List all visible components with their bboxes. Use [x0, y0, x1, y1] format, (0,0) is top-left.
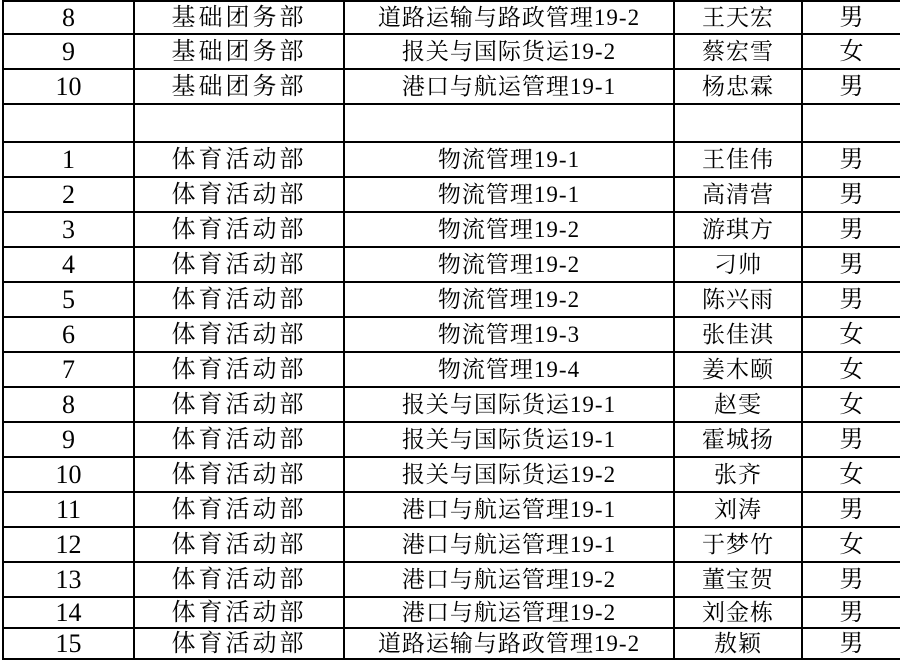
cell-class: 港口与航运管理19-1 [344, 69, 674, 104]
cell-department: 体育活动部 [134, 387, 344, 422]
cell-class: 报关与国际货运19-2 [344, 34, 674, 69]
cell-number: 2 [3, 177, 134, 212]
cell-number: 14 [3, 597, 134, 628]
cell-name: 陈兴雨 [674, 282, 802, 317]
cell-gender: 男 [802, 69, 900, 104]
cell-department: 体育活动部 [134, 247, 344, 282]
cell-name: 刘金栋 [674, 597, 802, 628]
cell-class: 物流管理19-3 [344, 317, 674, 352]
cell-gender: 女 [802, 457, 900, 492]
table-row: 4 体育活动部 物流管理19-2 刁帅 男 [3, 247, 900, 282]
table-row: 9 基础团务部 报关与国际货运19-2 蔡宏雪 女 [3, 34, 900, 69]
cell-class: 物流管理19-1 [344, 142, 674, 177]
cell-gender: 女 [802, 527, 900, 562]
cell-gender: 男 [802, 282, 900, 317]
table-row [3, 104, 900, 142]
cell-name: 于梦竹 [674, 527, 802, 562]
table-row: 6 体育活动部 物流管理19-3 张佳淇 女 [3, 317, 900, 352]
cell-number: 7 [3, 352, 134, 387]
cell-class: 物流管理19-4 [344, 352, 674, 387]
cell-class: 道路运输与路政管理19-2 [344, 628, 674, 659]
cell-gender: 男 [802, 492, 900, 527]
table-row: 8 体育活动部 报关与国际货运19-1 赵雯 女 [3, 387, 900, 422]
cell-department: 体育活动部 [134, 282, 344, 317]
cell-number: 13 [3, 562, 134, 597]
cell-department: 体育活动部 [134, 212, 344, 247]
cell-name: 蔡宏雪 [674, 34, 802, 69]
table-row: 2 体育活动部 物流管理19-1 高清营 男 [3, 177, 900, 212]
table-row: 5 体育活动部 物流管理19-2 陈兴雨 男 [3, 282, 900, 317]
cell-name [674, 104, 802, 142]
cell-name: 刁帅 [674, 247, 802, 282]
table-row: 8 基础团务部 道路运输与路政管理19-2 王天宏 男 [3, 1, 900, 34]
table-row: 12 体育活动部 港口与航运管理19-1 于梦竹 女 [3, 527, 900, 562]
cell-gender: 女 [802, 34, 900, 69]
cell-gender: 男 [802, 422, 900, 457]
cell-gender: 女 [802, 387, 900, 422]
cell-gender: 男 [802, 562, 900, 597]
cell-department: 体育活动部 [134, 177, 344, 212]
cell-number: 1 [3, 142, 134, 177]
cell-number: 9 [3, 34, 134, 69]
cell-name: 霍城扬 [674, 422, 802, 457]
cell-class: 报关与国际货运19-2 [344, 457, 674, 492]
cell-gender: 男 [802, 1, 900, 34]
table-row: 14 体育活动部 港口与航运管理19-2 刘金栋 男 [3, 597, 900, 628]
cell-gender: 男 [802, 247, 900, 282]
cell-number: 15 [3, 628, 134, 659]
cell-name: 游琪方 [674, 212, 802, 247]
cell-name: 敖颖 [674, 628, 802, 659]
cell-number: 3 [3, 212, 134, 247]
cell-class: 道路运输与路政管理19-2 [344, 1, 674, 34]
cell-number: 8 [3, 387, 134, 422]
cell-department: 体育活动部 [134, 422, 344, 457]
cell-name: 张齐 [674, 457, 802, 492]
table-row: 10 基础团务部 港口与航运管理19-1 杨忠霖 男 [3, 69, 900, 104]
table-row: 13 体育活动部 港口与航运管理19-2 董宝贺 男 [3, 562, 900, 597]
cell-number: 10 [3, 69, 134, 104]
cell-number: 4 [3, 247, 134, 282]
cell-class: 港口与航运管理19-2 [344, 562, 674, 597]
cell-gender: 男 [802, 212, 900, 247]
cell-number: 9 [3, 422, 134, 457]
cell-department: 体育活动部 [134, 597, 344, 628]
cell-class: 物流管理19-1 [344, 177, 674, 212]
cell-name: 高清营 [674, 177, 802, 212]
cell-department: 体育活动部 [134, 628, 344, 659]
cell-department: 体育活动部 [134, 562, 344, 597]
cell-gender: 男 [802, 597, 900, 628]
cell-name: 张佳淇 [674, 317, 802, 352]
cell-name: 杨忠霖 [674, 69, 802, 104]
cell-number: 8 [3, 1, 134, 34]
cell-name: 姜木颐 [674, 352, 802, 387]
cell-name: 王佳伟 [674, 142, 802, 177]
cell-gender: 男 [802, 628, 900, 659]
cell-name: 赵雯 [674, 387, 802, 422]
table-row: 11 体育活动部 港口与航运管理19-1 刘涛 男 [3, 492, 900, 527]
cell-number: 6 [3, 317, 134, 352]
cell-class: 港口与航运管理19-1 [344, 492, 674, 527]
table-row: 9 体育活动部 报关与国际货运19-1 霍城扬 男 [3, 422, 900, 457]
cell-department [134, 104, 344, 142]
cell-department: 体育活动部 [134, 352, 344, 387]
cell-name: 董宝贺 [674, 562, 802, 597]
cell-class: 物流管理19-2 [344, 212, 674, 247]
table-row: 3 体育活动部 物流管理19-2 游琪方 男 [3, 212, 900, 247]
table-row: 15 体育活动部 道路运输与路政管理19-2 敖颖 男 [3, 628, 900, 659]
cell-department: 体育活动部 [134, 457, 344, 492]
cell-class: 物流管理19-2 [344, 282, 674, 317]
cell-department: 基础团务部 [134, 34, 344, 69]
cell-class: 物流管理19-2 [344, 247, 674, 282]
cell-number: 5 [3, 282, 134, 317]
cell-gender [802, 104, 900, 142]
table-row: 7 体育活动部 物流管理19-4 姜木颐 女 [3, 352, 900, 387]
cell-class: 报关与国际货运19-1 [344, 387, 674, 422]
cell-name: 刘涛 [674, 492, 802, 527]
cell-name: 王天宏 [674, 1, 802, 34]
cell-gender: 男 [802, 177, 900, 212]
table-row: 10 体育活动部 报关与国际货运19-2 张齐 女 [3, 457, 900, 492]
cell-number [3, 104, 134, 142]
cell-department: 体育活动部 [134, 142, 344, 177]
cell-number: 12 [3, 527, 134, 562]
cell-gender: 女 [802, 317, 900, 352]
cell-department: 基础团务部 [134, 69, 344, 104]
cell-department: 体育活动部 [134, 317, 344, 352]
table-row: 1 体育活动部 物流管理19-1 王佳伟 男 [3, 142, 900, 177]
cell-class: 港口与航运管理19-2 [344, 597, 674, 628]
cell-class: 港口与航运管理19-1 [344, 527, 674, 562]
cell-gender: 女 [802, 352, 900, 387]
cell-class [344, 104, 674, 142]
cell-department: 体育活动部 [134, 527, 344, 562]
spreadsheet-region: 8 基础团务部 道路运输与路政管理19-2 王天宏 男 9 基础团务部 报关与国… [2, 0, 900, 660]
cell-gender: 男 [802, 142, 900, 177]
cell-class: 报关与国际货运19-1 [344, 422, 674, 457]
cell-number: 11 [3, 492, 134, 527]
cell-department: 体育活动部 [134, 492, 344, 527]
cell-number: 10 [3, 457, 134, 492]
cell-department: 基础团务部 [134, 1, 344, 34]
roster-table: 8 基础团务部 道路运输与路政管理19-2 王天宏 男 9 基础团务部 报关与国… [2, 0, 900, 660]
